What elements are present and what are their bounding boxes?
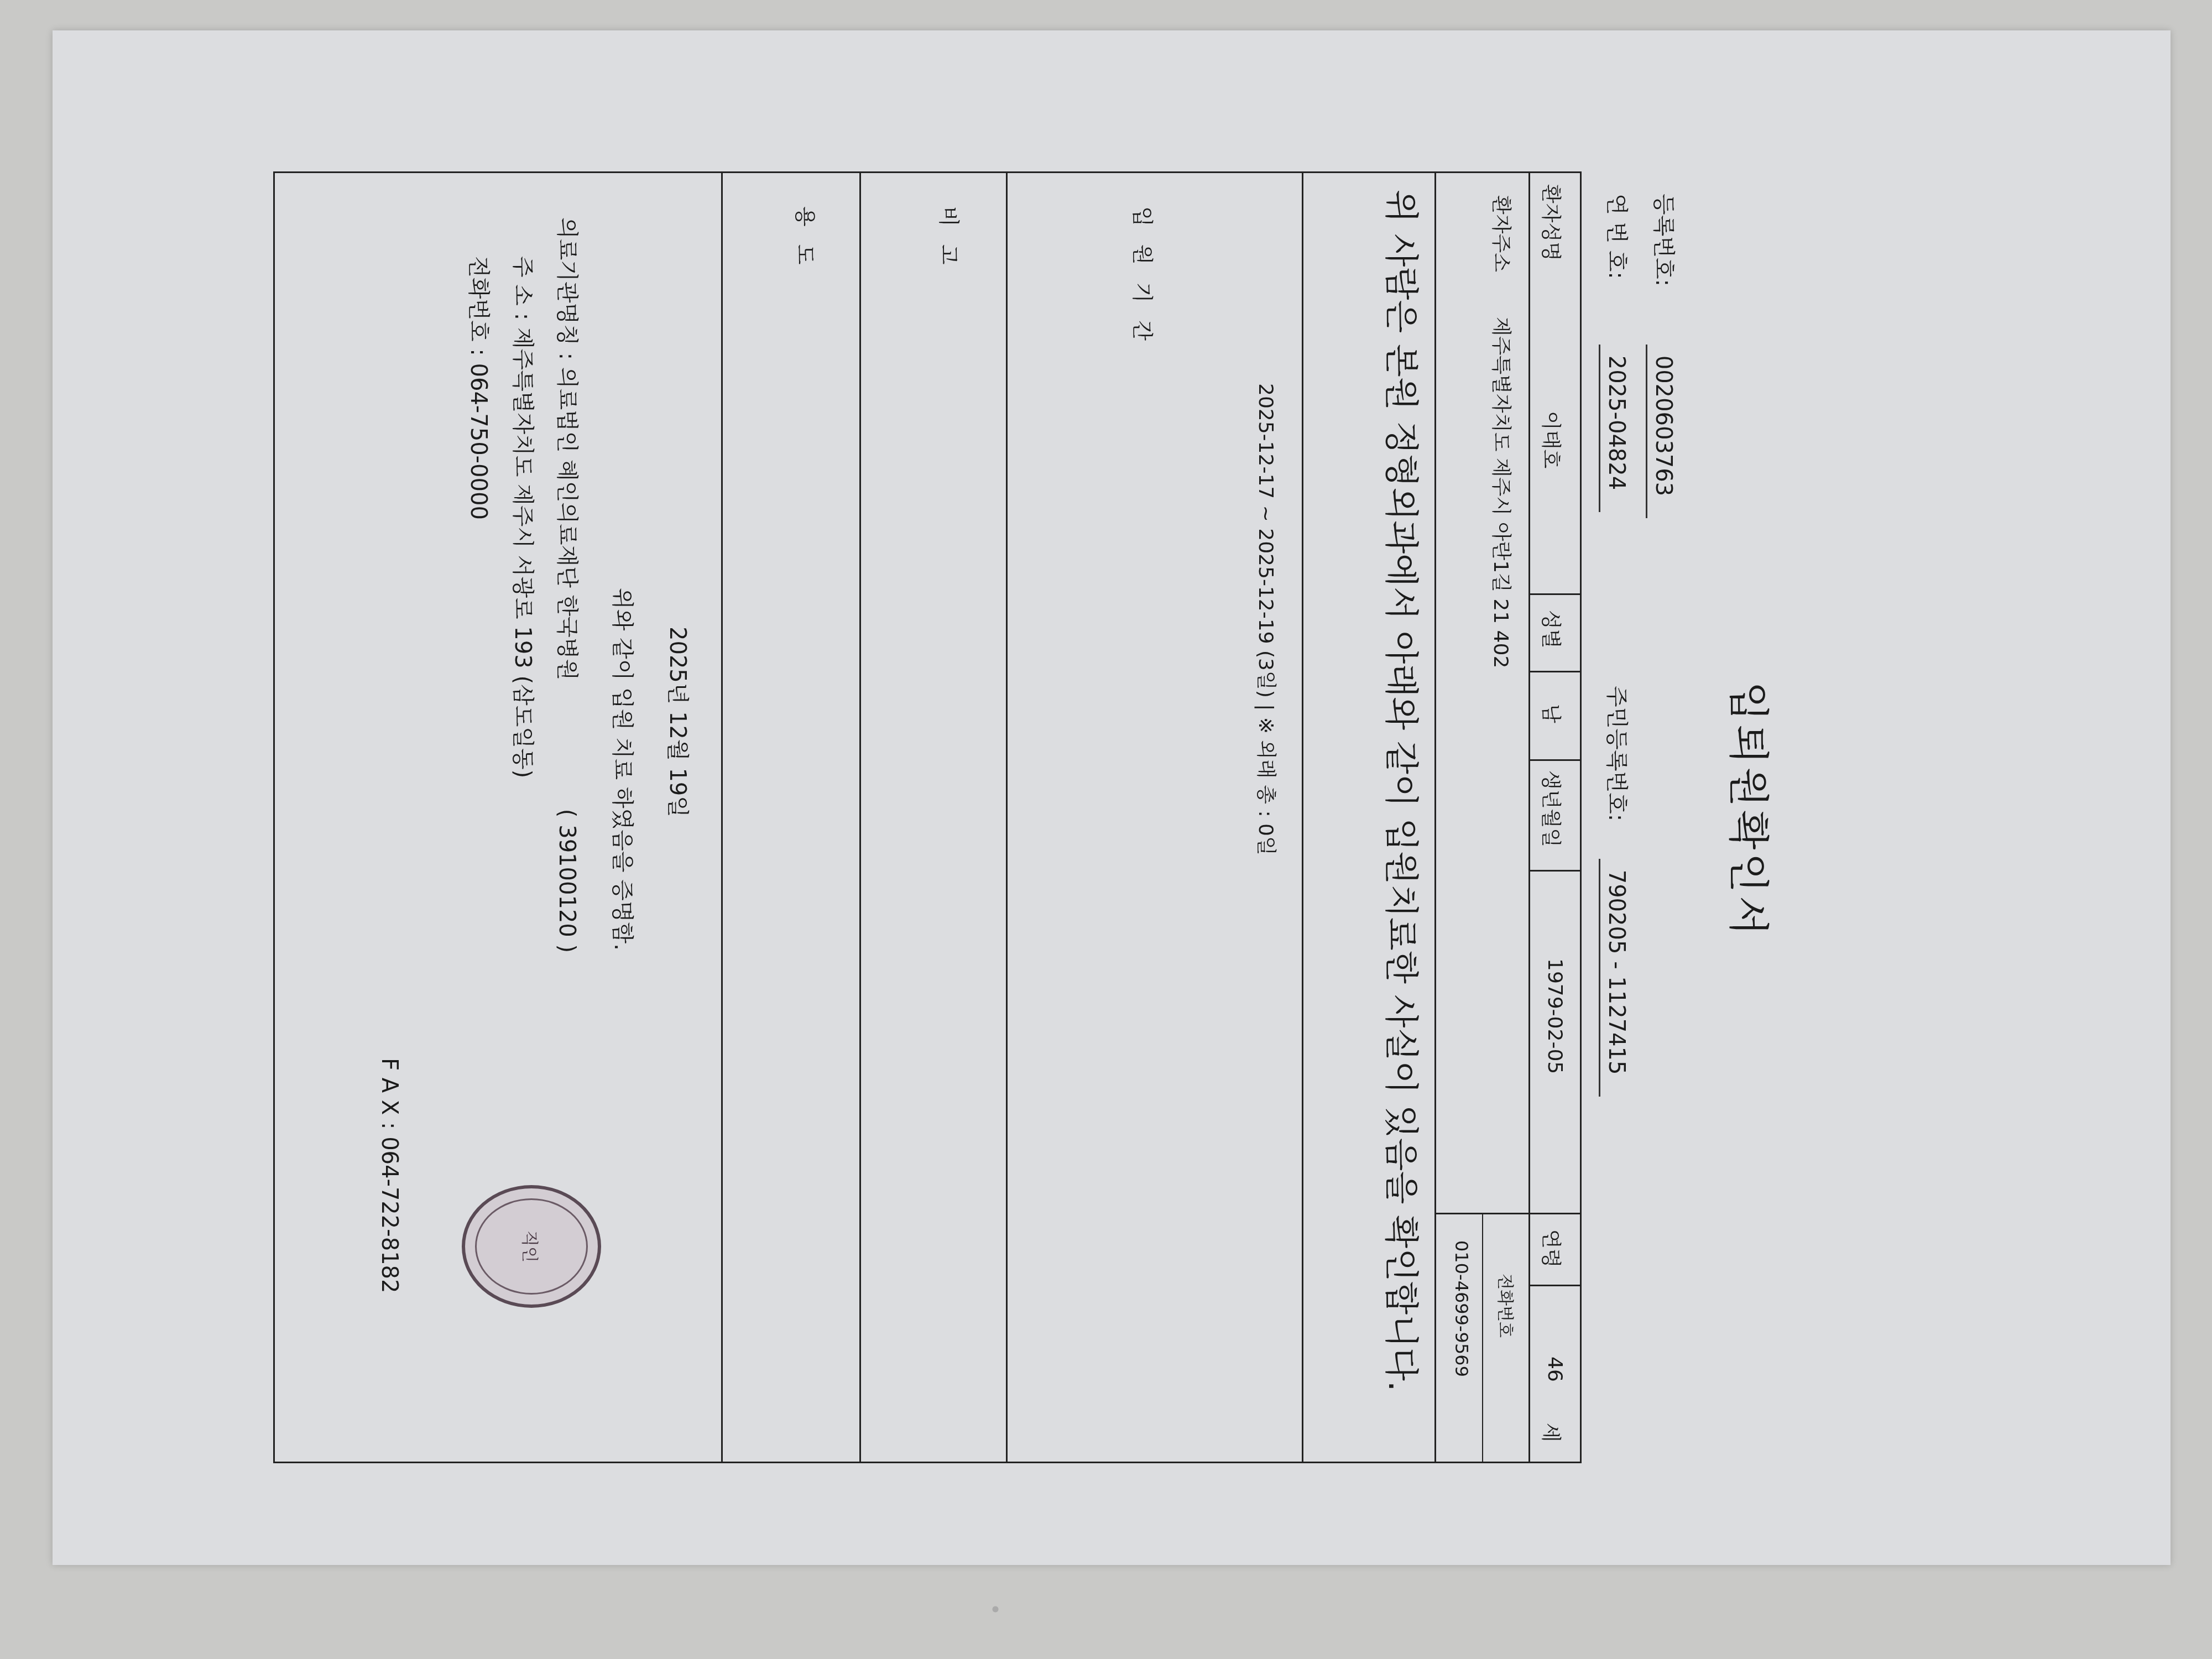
fax-row: F A X : 064-722-8182 [377, 1058, 402, 1293]
serial-number-label: 연 번 호: [1603, 194, 1634, 337]
address-label: 환자주소 [1488, 195, 1516, 272]
certificate-document: 입퇴원확인서 등록번호: 0020603763 연 번 호: 2025-0482… [299, 133, 1847, 1488]
sex-value: 남 [1538, 704, 1566, 723]
institution-name: 의료법인 혜인의료재단 한국병원 [554, 367, 580, 680]
institution-address: 제주특별자치도 제주시 서광로 193 (삼도일동) [510, 327, 535, 778]
institution-address-label: 주 소 : [510, 256, 535, 320]
resident-number-label: 주민등록번호: [1603, 686, 1634, 852]
purpose-label: 용 도 [792, 206, 822, 270]
registration-number-label: 등록번호: [1650, 194, 1681, 337]
fax-label: F A X : [377, 1058, 402, 1129]
institution-address-row: 주 소 : 제주특별자치도 제주시 서광로 193 (삼도일동) [509, 256, 540, 778]
patient-phone: 010-4699-9569 [1451, 1240, 1472, 1377]
institution-code: ( 39100120 ) [554, 809, 580, 953]
registration-number: 0020603763 [1646, 345, 1676, 519]
official-seal-stamp: 직인 [462, 1185, 601, 1308]
certificate-table: 환자성명 이태호 성별 남 생년월일 1979-02-05 연령 46 세 환자… [273, 171, 1582, 1463]
resident-number: 790205 - 1127415 [1599, 859, 1629, 1097]
institution-label: 의료기관명칭 : [554, 217, 580, 360]
birth-label: 생년월일 [1538, 770, 1566, 847]
serial-number: 2025-04824 [1599, 345, 1629, 512]
birth-date: 1979-02-05 [1543, 958, 1566, 1074]
remarks-label: 비 고 [936, 206, 966, 270]
sex-label: 성별 [1538, 610, 1566, 649]
patient-name-label: 환자성명 [1538, 184, 1566, 261]
document-title: 입퇴원확인서 [1722, 133, 1781, 1488]
patient-name: 이태호 [1538, 411, 1566, 468]
institution-phone: 064-750-0000 [466, 363, 491, 519]
patient-address: 제주특별자치도 제주시 아란1길 21 402 [1488, 317, 1516, 668]
admission-period-label: 입 원 기 간 [1129, 206, 1160, 346]
registration-number-row: 등록번호: 0020603763 [1646, 194, 1681, 518]
institution-phone-label: 전화번호 : [466, 256, 491, 356]
institution-phone-row: 전화번호 : 064-750-0000 [465, 256, 496, 520]
phone-label: 전화번호 [1495, 1274, 1519, 1338]
fax-number: 064-722-8182 [377, 1136, 402, 1293]
confirmation-statement: 위 사람은 본원 정형외과에서 아래와 같이 입원치료한 사실이 있음을 확인합… [1376, 190, 1425, 1434]
certification-text: 위와 같이 입원 치료 하였음을 증명함. [608, 588, 640, 951]
institution-row: 의료기관명칭 : 의료법인 혜인의료재단 한국병원 ( 39100120 ) [553, 217, 585, 953]
age-value: 46 [1543, 1357, 1566, 1382]
age-unit: 세 [1538, 1423, 1566, 1442]
issue-date: 2025년 12월 19일 [664, 627, 695, 817]
age-label: 연령 [1538, 1229, 1566, 1268]
admission-period: 2025-12-17 ~ 2025-12-19 (3일) | ※ 외래 총 : … [1253, 383, 1281, 855]
serial-number-row: 연 번 호: 2025-04824 [1599, 194, 1634, 512]
resident-number-row: 주민등록번호: 790205 - 1127415 [1599, 686, 1634, 1097]
